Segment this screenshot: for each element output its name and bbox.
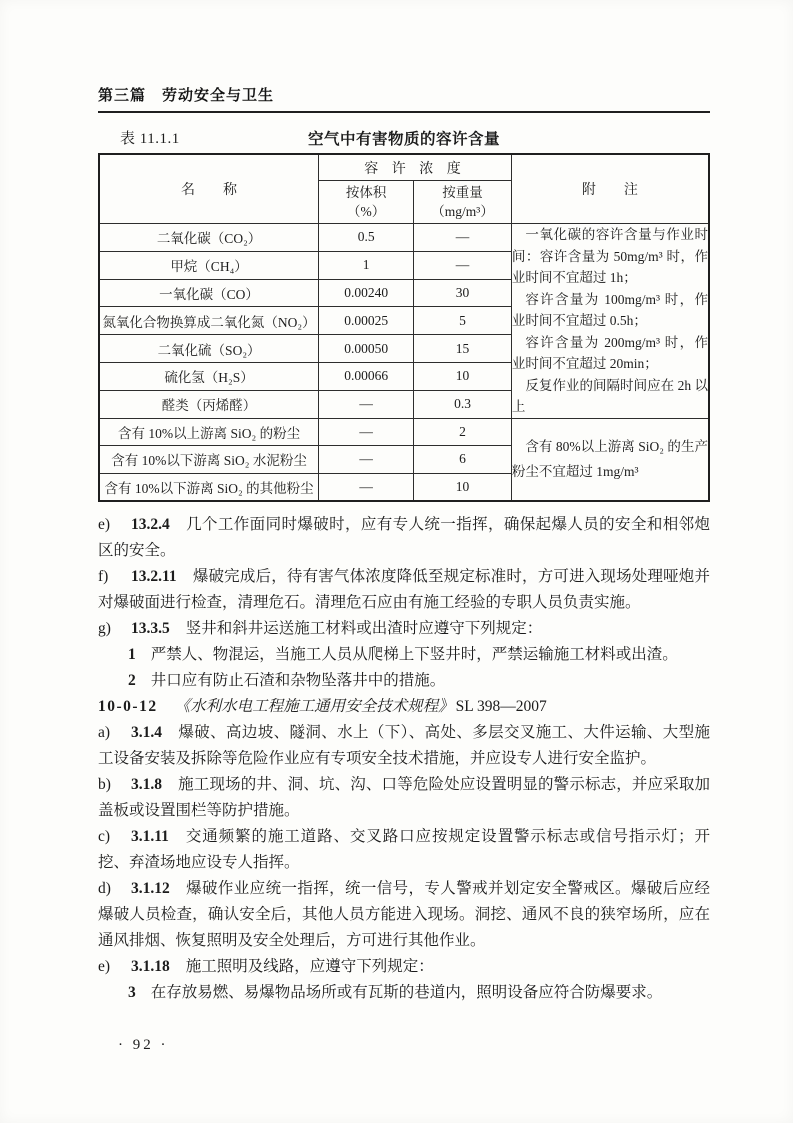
document-page: 第三篇劳动安全与卫生 表 11.1.1 空气中有害物质的容许含量 名 称 容 许… <box>0 0 793 1123</box>
clause-paragraph: e)13.2.4几个工作面同时爆破时，应有专人统一指挥，确保起爆人员的安全和相邻… <box>98 512 710 564</box>
clause-number: 3.1.12 <box>131 880 170 897</box>
weight-value: — <box>414 224 512 252</box>
substance-name: 二氧化碳（CO₂） <box>99 224 319 252</box>
clause-text: 几个工作面同时爆破时，应有专人统一指挥，确保起爆人员的安全和相邻炮区的安全。 <box>98 516 710 559</box>
part-title: 劳动安全与卫生 <box>162 87 274 104</box>
volume-value: 0.00066 <box>319 362 414 390</box>
clause-letter: g) <box>98 616 131 642</box>
weight-value: 30 <box>414 279 512 307</box>
weight-value: 0.3 <box>414 390 512 418</box>
substance-name: 二氧化硫（SO₂） <box>99 335 319 363</box>
substance-name: 甲烷（CH₄） <box>99 251 319 279</box>
col-header-name: 名 称 <box>99 154 319 224</box>
weight-value: 10 <box>414 473 512 501</box>
volume-value: 0.00025 <box>319 307 414 335</box>
list-item: 1严禁人、物混运，当施工人员从爬梯上下竖井时，严禁运输施工材料或出渣。 <box>98 642 710 668</box>
clause-text: 爆破完成后，待有害气体浓度降低至规定标准时，方可进入现场处理哑炮并对爆破面进行检… <box>98 568 710 611</box>
clause-number: 13.2.11 <box>131 568 177 585</box>
col-header-concentration: 容 许 浓 度 <box>319 154 512 181</box>
table-caption: 表 11.1.1 空气中有害物质的容许含量 <box>98 127 710 147</box>
col-header-note: 附 注 <box>511 154 709 224</box>
volume-value: — <box>319 418 414 446</box>
weight-value: 10 <box>414 362 512 390</box>
note-paragraph: 容许含量为 200mg/m³ 时，作业时间不宜超过 20min； <box>512 332 708 375</box>
table-row: 二氧化碳（CO₂） 0.5 — 一氧化碳的容许含量与作业时间：容许含量为 50m… <box>99 224 709 252</box>
note-paragraph: 一氧化碳的容许含量与作业时间：容许含量为 50mg/m³ 时，作业时间不宜超过 … <box>512 224 708 289</box>
substance-name: 含有 10%以上游离 SiO₂ 的粉尘 <box>99 418 319 446</box>
substance-name: 含有 10%以下游离 SiO₂ 的其他粉尘 <box>99 473 319 501</box>
note-paragraph: 容许含量为 100mg/m³ 时，作业时间不宜超过 0.5h； <box>512 289 708 332</box>
book-heading: 10-0-12《水利水电工程施工通用安全技术规程》SL 398—2007 <box>98 694 710 720</box>
substance-name: 含有 10%以下游离 SiO₂ 水泥粉尘 <box>99 446 319 474</box>
page-number: · 92 · <box>118 1037 169 1054</box>
table-title: 空气中有害物质的容许含量 <box>98 127 710 149</box>
item-text: 在存放易燃、易爆物品场所或有瓦斯的巷道内，照明设备应符合防爆要求。 <box>151 984 663 1001</box>
clause-paragraph: f)13.2.11爆破完成后，待有害气体浓度降低至规定标准时，方可进入现场处理哑… <box>98 564 710 616</box>
volume-value: 1 <box>319 251 414 279</box>
clause-text: 爆破作业应统一指挥，统一信号，专人警戒并划定安全警戒区。爆破后应经爆破人员检查，… <box>98 880 710 949</box>
clause-text: 竖井和斜井运送施工材料或出渣时应遵守下列规定： <box>186 620 543 637</box>
col-header-by-volume: 按体积 （%） <box>319 181 414 224</box>
table-row: 含有 10%以上游离 SiO₂ 的粉尘 — 2 含有 80%以上游离 SiO₂ … <box>99 418 709 446</box>
entry-number: 10-0-12 <box>98 698 158 715</box>
item-text: 严禁人、物混运，当施工人员从爬梯上下竖井时，严禁运输施工材料或出渣。 <box>151 646 678 663</box>
book-title: 《水利水电工程施工通用安全技术规程》 <box>175 698 454 715</box>
clause-text: 爆破、高边坡、隧洞、水上（下）、高处、多层交叉施工、大件运输、大型施工设备安装及… <box>98 724 710 767</box>
item-text: 井口应有防止石渣和杂物坠落井中的措施。 <box>151 672 446 689</box>
part-label: 第三篇 <box>98 87 146 104</box>
list-item: 2井口应有防止石渣和杂物坠落井中的措施。 <box>98 668 710 694</box>
clause-number: 3.1.18 <box>131 958 170 975</box>
clause-letter: d) <box>98 876 131 902</box>
weight-value: 6 <box>414 446 512 474</box>
body-text: e)13.2.4几个工作面同时爆破时，应有专人统一指挥，确保起爆人员的安全和相邻… <box>98 512 710 1006</box>
header-rule <box>98 111 710 113</box>
clause-letter: f) <box>98 564 131 590</box>
by-volume-label: 按体积 <box>319 183 413 202</box>
volume-value: — <box>319 446 414 474</box>
by-weight-label: 按重量 <box>414 183 511 202</box>
weight-value: — <box>414 251 512 279</box>
substance-name: 醛类（丙烯醛） <box>99 390 319 418</box>
clause-letter: e) <box>98 954 131 980</box>
weight-value: 5 <box>414 307 512 335</box>
clause-number: 13.3.5 <box>131 620 170 637</box>
clause-number: 3.1.11 <box>131 828 169 845</box>
volume-value: — <box>319 390 414 418</box>
clause-letter: c) <box>98 824 131 850</box>
item-number: 2 <box>128 672 136 689</box>
clause-letter: e) <box>98 512 131 538</box>
clause-paragraph: c)3.1.11交通频繁的施工道路、交叉路口应按规定设置警示标志或信号指示灯；开… <box>98 824 710 876</box>
clause-number: 3.1.4 <box>131 724 162 741</box>
substance-name: 氮氧化合物换算成二氧化氮（NO₂） <box>99 307 319 335</box>
by-volume-unit: （%） <box>319 202 413 221</box>
volume-value: 0.00050 <box>319 335 414 363</box>
clause-paragraph: e)3.1.18施工照明及线路，应遵守下列规定： <box>98 954 710 980</box>
clause-letter: b) <box>98 772 131 798</box>
clause-letter: a) <box>98 720 131 746</box>
note-paragraph: 反复作业的间隔时间应在 2h 以上 <box>512 375 708 418</box>
clause-paragraph: g)13.3.5竖井和斜井运送施工材料或出渣时应遵守下列规定： <box>98 616 710 642</box>
clause-text: 交通频繁的施工道路、交叉路口应按规定设置警示标志或信号指示灯；开挖、弃渣场地应设… <box>98 828 710 871</box>
item-number: 1 <box>128 646 136 663</box>
table-label: 表 11.1.1 <box>120 127 180 148</box>
clause-text: 施工照明及线路，应遵守下列规定： <box>186 958 434 975</box>
note-cell-dust: 含有 80%以上游离 SiO₂ 的生产粉尘不宜超过 1mg/m³ <box>511 418 709 501</box>
clause-text: 施工现场的井、洞、坑、沟、口等危险处应设置明显的警示标志，并应采取加盖板或设置围… <box>98 776 710 819</box>
volume-value: — <box>319 473 414 501</box>
clause-paragraph: d)3.1.12爆破作业应统一指挥，统一信号，专人警戒并划定安全警戒区。爆破后应… <box>98 876 710 954</box>
clause-number: 3.1.8 <box>131 776 162 793</box>
weight-value: 2 <box>414 418 512 446</box>
item-number: 3 <box>128 984 136 1001</box>
weight-value: 15 <box>414 335 512 363</box>
permissible-content-table: 名 称 容 许 浓 度 附 注 按体积 （%） 按重量 （mg/m³） <box>98 153 710 502</box>
note-cell-gases: 一氧化碳的容许含量与作业时间：容许含量为 50mg/m³ 时，作业时间不宜超过 … <box>511 224 709 419</box>
clause-number: 13.2.4 <box>131 516 170 533</box>
page-content: 第三篇劳动安全与卫生 表 11.1.1 空气中有害物质的容许含量 名 称 容 许… <box>98 84 710 1006</box>
volume-value: 0.00240 <box>319 279 414 307</box>
volume-value: 0.5 <box>319 224 414 252</box>
note-paragraph: 含有 80%以上游离 SiO₂ 的生产粉尘不宜超过 1mg/m³ <box>512 434 708 484</box>
substance-name: 硫化氢（H₂S） <box>99 362 319 390</box>
by-weight-unit: （mg/m³） <box>414 202 511 221</box>
clause-paragraph: b)3.1.8施工现场的井、洞、坑、沟、口等危险处应设置明显的警示标志，并应采取… <box>98 772 710 824</box>
substance-name: 一氧化碳（CO） <box>99 279 319 307</box>
book-code: SL 398—2007 <box>456 698 547 715</box>
col-header-by-weight: 按重量 （mg/m³） <box>414 181 512 224</box>
clause-paragraph: a)3.1.4爆破、高边坡、隧洞、水上（下）、高处、多层交叉施工、大件运输、大型… <box>98 720 710 772</box>
table-header-row: 名 称 容 许 浓 度 附 注 <box>99 154 709 181</box>
running-header: 第三篇劳动安全与卫生 <box>98 84 710 105</box>
list-item: 3在存放易燃、易爆物品场所或有瓦斯的巷道内，照明设备应符合防爆要求。 <box>98 980 710 1006</box>
